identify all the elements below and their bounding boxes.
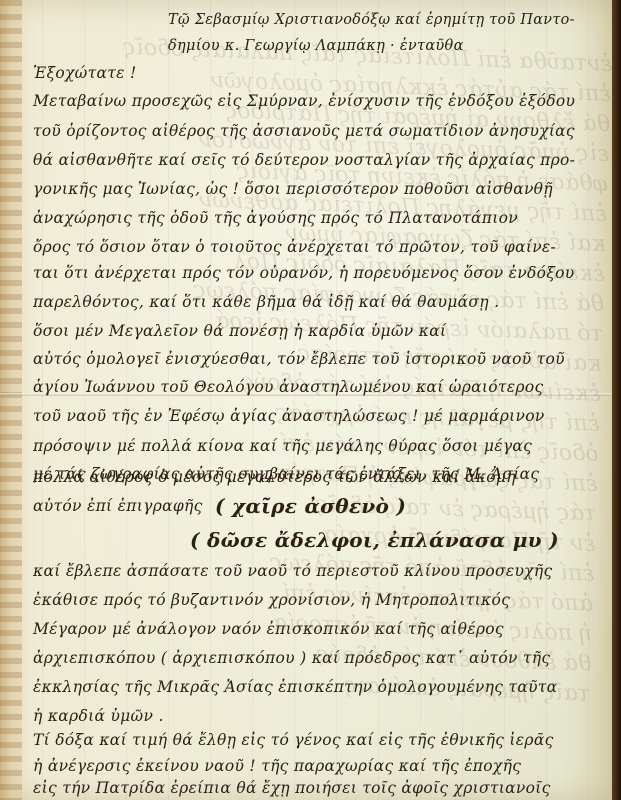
body-line: ὄρος τό ὅσιον ὅταν ὁ τοιοῦτος ἀνέρχεται … (33, 238, 556, 256)
closing-line: ἡ ἀνέγερσις ἐκείνου ναοῦ ! τῆς παραχωρία… (33, 757, 521, 775)
body-line: Μέγαρον μέ ἀνάλογον ναόν ἐπισκοπικόν καί… (33, 620, 504, 638)
body-line: ἁγίου Ἰωάννου τοῦ Θεολόγου ἀναστηλωμένου… (33, 378, 543, 396)
closing-line: Τί δόξα καί τιμή θά ἔλθῃ εἰς τό γένος κα… (33, 731, 554, 749)
body-line: ἀναχώρησις τῆς ὁδοῦ τῆς ἀγούσης πρός τό … (33, 209, 518, 227)
manuscript-page: ἐνταῦθα ἐπί Πολιτείας ταῖς παλαιαῖς ὁδοῖ… (0, 0, 613, 800)
body-line: αὐτός ὁμολογεῖ ἐνισχύεσθαι, τόν ἔβλεπε τ… (33, 350, 565, 368)
body-line: ται ὅτι ἀνέρχεται πρός τόν οὐρανόν, ἡ πο… (33, 264, 574, 282)
body-line: ἡ καρδιά ὑμῶν . (33, 707, 164, 725)
heading-line-1: Τῷ Σεβασμίῳ Χριστιανοδόξῳ καί ἐρημίτῃ το… (168, 12, 575, 28)
handwritten-text: Τῷ Σεβασμίῳ Χριστιανοδόξῳ καί ἐρημίτῃ το… (0, 0, 612, 800)
body-line: ἐκάθισε πρός τό βυζαντινόν χρονίσιον, ἡ … (33, 591, 510, 609)
body-line: θά αἰσθανθῆτε καί σεῖς τό δεύτερον νοστα… (33, 151, 575, 169)
heading-line-2: δημίου κ. Γεωργίῳ Λαμπάκῃ · ἐνταῦθα (168, 38, 464, 54)
body-line: γονικῆς μας Ἰωνίας, ὡς ! ὅσοι περισσότερ… (33, 180, 553, 198)
scan-edge (612, 0, 621, 800)
body-line: καί ἔβλεπε ἀσπάσατε τοῦ ναοῦ τό περιεστο… (33, 562, 552, 580)
body-line: τοῦ ναοῦ τῆς ἐν Ἐφέσῳ ἁγίας ἀναστηλώσεως… (33, 407, 545, 425)
body-line: παρελθόντος, καί ὅτι κάθε βῆμα θά ἰδῇ κα… (33, 293, 499, 311)
body-line: Μεταβαίνω προσεχῶς εἰς Σμύρναν, ἐνίσχυσι… (33, 92, 575, 110)
body-line: ὅσοι μέν Μεγαλεῖον θά πονέσῃ ἡ καρδία ὑμ… (33, 322, 446, 340)
emphasis-line-1: ( χαῖρε ἀσθενὸ ) (215, 494, 406, 518)
body-line: ἐκκλησίας τῆς Μικρᾶς Ἀσίας ἐπισκέπτην ὁμ… (33, 678, 557, 696)
body-line: ἀρχιεπισκόπου ( ἀρχιεπισκόπου ) καί πρόε… (33, 649, 550, 667)
body-line: αὐτόν ἐπί ἐπιγραφῆς (33, 497, 203, 515)
body-line: πολλά αἰθέρος ὁ μέσος μεγαλύτερος τῶν ἄλ… (33, 468, 516, 486)
emphasis-line-2: ( δῶσε ἄδελφοι, ἐπλάνασα μυ ) (190, 528, 559, 552)
closing-line: εἰς τήν Πατρίδα ἐρείπια θά ἔχῃ ποιήσει τ… (33, 779, 551, 797)
body-line: τοῦ ὁρίζοντος αἰθέρος τῆς ἀσσιανοῦς μετά… (33, 122, 575, 140)
salutation: Ἐξοχώτατε ! (33, 64, 137, 82)
body-line: πρόσοψιν μέ πολλά κίονα καί τῆς μεγάλης … (33, 437, 532, 455)
